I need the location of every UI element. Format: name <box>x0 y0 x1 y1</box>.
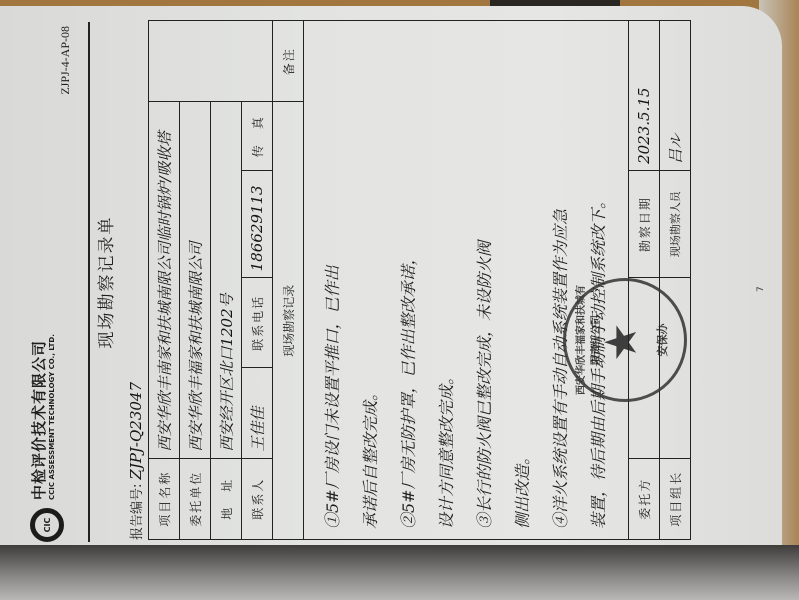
record-label: 现场勘察记录 <box>273 102 304 540</box>
company-logo-icon: CIC <box>30 508 64 542</box>
survey-record-form: CIC 中检评价技术有限公司 CCIC ASSESSMENT TECHNOLOG… <box>8 12 768 552</box>
record-line: ②5#厂房无防护罩，已作出整改承诺， <box>390 31 428 529</box>
company-seal: 西安华欣丰福家和扶城有限责任公司 ★ 安保办 <box>563 278 687 402</box>
form-code: ZJPJ-4-AP-08 <box>58 26 73 95</box>
report-number: 报告编号:ZJPJ-Q23047 <box>126 382 145 540</box>
phone-label: 联系电话 <box>242 278 273 368</box>
project-name-value: 西安华欣丰南家和扶城南限公司临时锅炉/吸收塔 <box>149 102 180 458</box>
client-label: 委托单位 <box>180 458 211 539</box>
report-number-label: 报告编号: <box>130 484 145 540</box>
survey-date-label: 勘察日期 <box>629 170 660 277</box>
record-line: ③长行的防火阀已整改完成，未设防火阀 <box>466 31 504 529</box>
seal-bottom-text: 安保办 <box>654 281 670 399</box>
record-line: ①5#厂房设门未设置平推口，已作出 <box>314 31 352 529</box>
phone-value: 186629113 <box>242 170 273 277</box>
surveyor-label: 现场勘察人员 <box>660 170 691 277</box>
survey-date-value: 2023.5.15 <box>629 21 660 171</box>
fax-label: 传 真 <box>242 102 273 170</box>
star-icon: ★ <box>596 323 647 362</box>
client-sign-label: 委托方 <box>629 458 660 539</box>
leader-label: 项目组长 <box>660 458 691 539</box>
remarks-label: 备注 <box>273 21 304 103</box>
record-line: 承诺后自整改完成。 <box>352 31 390 529</box>
address-label: 地 址 <box>211 458 242 539</box>
address-value: 西安经开区北口1202号 <box>211 102 242 458</box>
company-name-cn: 中检评价技术有限公司 <box>28 340 49 500</box>
record-line: ④洋火系统设置有手动自动系统装置作为应急 <box>542 31 580 529</box>
record-body: ①5#厂房设门未设置平推口，已作出 承诺后自整改完成。 ②5#厂房无防护罩，已作… <box>304 21 629 540</box>
form-header: CIC 中检评价技术有限公司 CCIC ASSESSMENT TECHNOLOG… <box>18 22 90 542</box>
background-shadow <box>0 545 799 600</box>
remarks-cell <box>149 21 273 103</box>
contact-label: 联系人 <box>242 458 273 539</box>
surveyor-value: 吕ル <box>660 21 691 171</box>
contact-value: 王佳佳 <box>242 368 273 458</box>
client-value: 西安华欣丰福家和扶城南限公司 <box>180 102 211 458</box>
page-mark: 7 <box>756 286 766 292</box>
company-name-en: CCIC ASSESSMENT TECHNOLOGY CO., LTD. <box>48 334 56 500</box>
report-number-value: ZJPJ-Q23047 <box>127 382 145 480</box>
form-title: 现场勘察记录单 <box>92 12 117 552</box>
project-name-label: 项目名称 <box>149 458 180 539</box>
record-line: 设计方同意整改完成。 <box>428 31 466 529</box>
record-line: 侧出改造。 <box>504 31 542 529</box>
